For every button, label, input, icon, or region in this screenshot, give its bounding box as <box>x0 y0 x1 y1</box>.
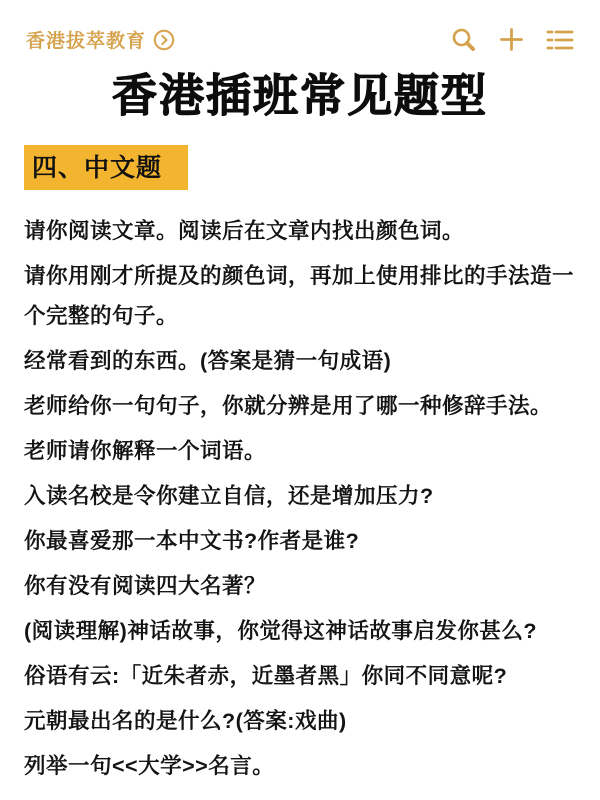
question-item: 入读名校是令你建立自信，还是增加压力? <box>24 476 576 516</box>
post-page: 香港拔萃教育 <box>0 0 600 800</box>
header-toolbar <box>450 26 574 53</box>
question-item: (阅读理解)神话故事，你觉得这神话故事启发你甚么? <box>24 611 576 651</box>
question-item: 你最喜爱那一本中文书?作者是谁? <box>24 521 576 561</box>
question-item: 你有没有阅读四大名著？ <box>24 566 576 606</box>
section-heading-badge: 四、中文题 <box>24 145 188 190</box>
list-menu-icon[interactable] <box>546 27 574 53</box>
question-list: 请你阅读文章。阅读后在文章内找出颜色词。 请你用刚才所提及的颜色词，再加上使用排… <box>0 190 600 786</box>
brand-account-link[interactable]: 香港拔萃教育 <box>26 26 175 53</box>
search-icon[interactable] <box>450 26 477 53</box>
plus-icon[interactable] <box>498 26 525 53</box>
app-header: 香港拔萃教育 <box>0 0 600 53</box>
question-item: 元朝最出名的是什么?(答案:戏曲) <box>24 701 576 741</box>
question-item: 经常看到的东西。(答案是猜一句成语) <box>24 341 576 381</box>
question-item: 列举一句<<大学>>名言。 <box>24 746 576 786</box>
brand-label: 香港拔萃教育 <box>26 26 146 53</box>
question-item: 请你用刚才所提及的颜色词，再加上使用排比的手法造一个完整的句子。 <box>24 256 576 336</box>
question-item: 俗语有云:「近朱者赤，近墨者黑」你同不同意呢? <box>24 656 576 696</box>
page-title: 香港插班常见题型 <box>0 73 600 118</box>
question-item: 请你阅读文章。阅读后在文章内找出颜色词。 <box>24 211 576 251</box>
question-item: 老师给你一句句子，你就分辨是用了哪一种修辞手法。 <box>24 386 576 426</box>
chevron-right-circle-icon <box>153 29 175 51</box>
question-item: 老师请你解释一个词语。 <box>24 431 576 471</box>
